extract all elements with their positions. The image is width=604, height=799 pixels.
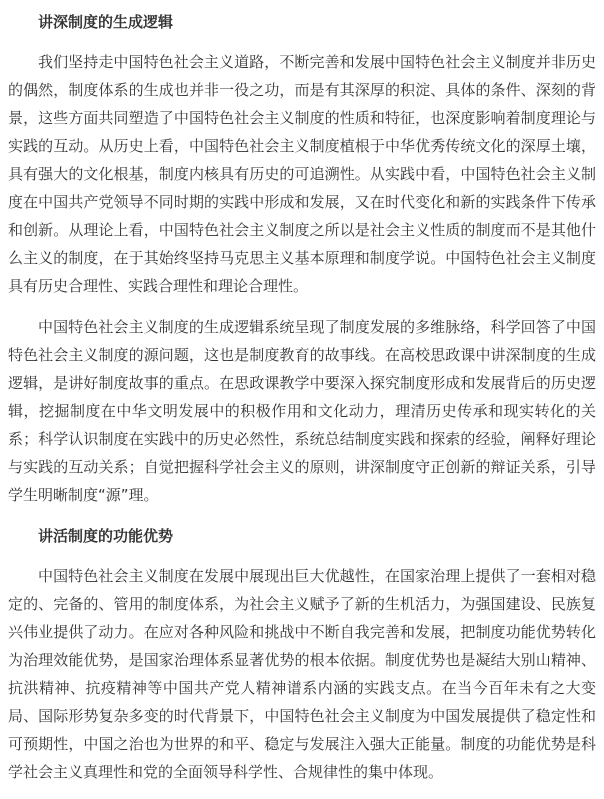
article-paragraph: 中国特色社会主义制度在发展中展现出巨大优越性，在国家治理上提供了一套相对稳定的、…	[8, 562, 596, 786]
section-functional-advantage: 讲活制度的功能优势 中国特色社会主义制度在发展中展现出巨大优越性，在国家治理上提…	[8, 522, 596, 786]
article-paragraph: 我们坚持走中国特色社会主义道路，不断完善和发展中国特色社会主义制度并非历史的偶然…	[8, 48, 596, 300]
section-heading: 讲活制度的功能优势	[8, 522, 596, 550]
section-generation-logic: 讲深制度的生成逻辑 我们坚持走中国特色社会主义道路，不断完善和发展中国特色社会主…	[8, 8, 596, 509]
article-page: 讲深制度的生成逻辑 我们坚持走中国特色社会主义道路，不断完善和发展中国特色社会主…	[0, 0, 604, 786]
section-heading: 讲深制度的生成逻辑	[8, 8, 596, 36]
article-paragraph: 中国特色社会主义制度的生成逻辑系统呈现了制度发展的多维脉络，科学回答了中国特色社…	[8, 313, 596, 509]
